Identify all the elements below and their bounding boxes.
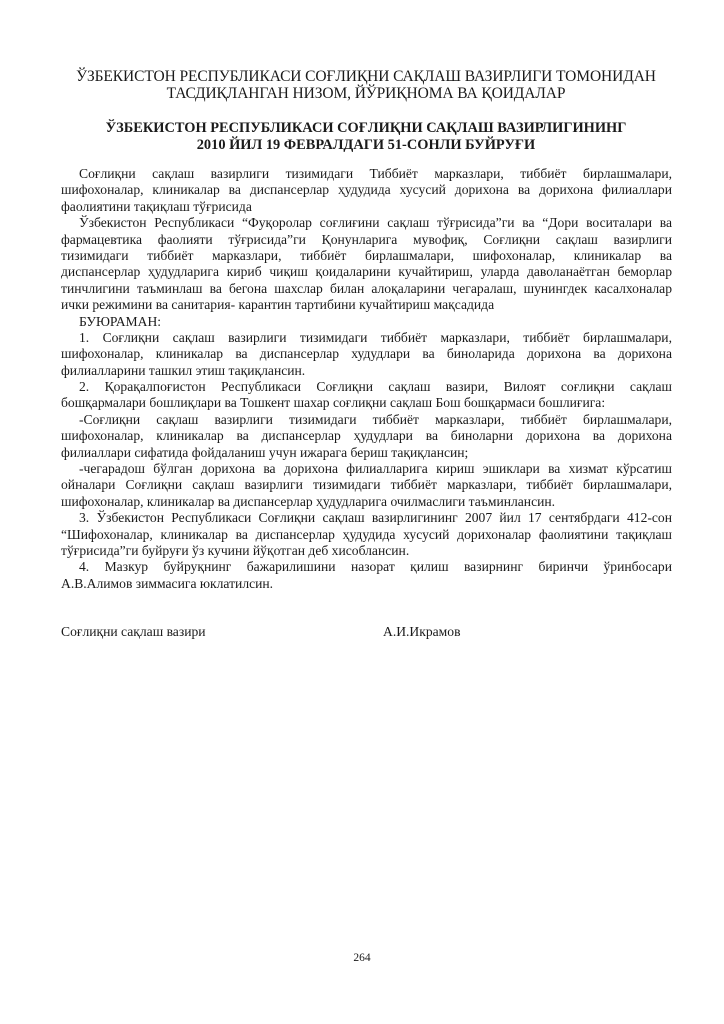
title-line: ЎЗБЕКИСТОН РЕСПУБЛИКАСИ СОҒЛИҚНИ САҚЛАШ …: [60, 120, 672, 137]
body-line: 3. Ўзбекистон Республикаси Соғлиқни сақл…: [61, 510, 672, 526]
body-line: 1. Соғлиқни сақлаш вазирлиги тизимидаги …: [61, 330, 672, 346]
body-line: 4. Мазкур буйруқнинг бажарилишини назора…: [61, 559, 672, 575]
body-line: шифохоналар, клиникалар ва диспансерлар …: [61, 346, 672, 362]
body-line: филиалларини ташкил этиш тақиқлансин.: [61, 363, 672, 379]
document-title: ЎЗБЕКИСТОН РЕСПУБЛИКАСИ СОҒЛИҚНИ САҚЛАШ …: [60, 120, 672, 153]
body-line: тинчлигини таъминлаш ва бегона шахслар б…: [61, 281, 672, 297]
document-body: Соғлиқни сақлаш вазирлиги тизимидаги Тиб…: [61, 166, 672, 592]
page-number: 264: [0, 952, 724, 964]
body-line: шифохоналар, клиникалар ва диспансерлар …: [61, 182, 672, 198]
body-line: Соғлиқни сақлаш вазирлиги тизимидаги Тиб…: [61, 166, 672, 182]
header-line: ЎЗБЕКИСТОН РЕСПУБЛИКАСИ СОҒЛИҚНИ САҚЛАШ …: [60, 68, 672, 85]
body-line: -чегарадош бўлган дорихона ва дорихона ф…: [61, 461, 672, 477]
body-line: шифохоналар, клиникалар ва диспансерлар …: [61, 494, 672, 510]
body-line: -Соғлиқни сақлаш вазирлиги тизимидаги ти…: [61, 412, 672, 428]
body-line: шифохоналар, клиникалар ва диспансерлар …: [61, 428, 672, 444]
body-line: бошқармалари бошлиқлари ва Тошкент шахар…: [61, 395, 672, 411]
body-line: тўғрисида”ги буйруғи ўз кучини йўқотган …: [61, 543, 672, 559]
body-line: фармацевтика фаолияти тўғрисида”ги Қонун…: [61, 232, 672, 248]
body-line: филиаллари сифатида фойдаланиш учун ижар…: [61, 445, 672, 461]
body-line: ойналари Соғлиқни сақлаш вазирлиги тизим…: [61, 477, 672, 493]
order-keyword: БУЮРАМАН:: [61, 314, 672, 330]
body-line: ички режимини ва санитария- карантин тар…: [61, 297, 672, 313]
body-line: тизимидаги тиббиёт марказлари, тиббиёт б…: [61, 248, 672, 264]
body-line: фаолиятини тақиқлаш тўғрисида: [61, 199, 672, 215]
body-line: 2. Қорақалпоғистон Республикаси Соғлиқни…: [61, 379, 672, 395]
signatory-name: А.И.Икрамов: [383, 624, 461, 640]
body-line: “Шифохоналар, клиникалар ва диспансерлар…: [61, 527, 672, 543]
document-page: ЎЗБЕКИСТОН РЕСПУБЛИКАСИ СОҒЛИҚНИ САҚЛАШ …: [0, 0, 724, 1024]
body-line: Ўзбекистон Республикаси “Фуқоролар соғли…: [61, 215, 672, 231]
document-header: ЎЗБЕКИСТОН РЕСПУБЛИКАСИ СОҒЛИҚНИ САҚЛАШ …: [60, 68, 672, 102]
title-line: 2010 ЙИЛ 19 ФЕВРАЛДАГИ 51-СОНЛИ БУЙРУҒИ: [60, 137, 672, 154]
body-line: диспансерлар ҳудудларига кириб чиқиш қои…: [61, 264, 672, 280]
body-line: А.В.Алимов зиммасига юклатилсин.: [61, 576, 672, 592]
header-line: ТАСДИҚЛАНГАН НИЗОМ, ЙЎРИҚНОМА ВА ҚОИДАЛА…: [60, 85, 672, 102]
signatory-position: Соғлиқни сақлаш вазири: [61, 624, 206, 640]
